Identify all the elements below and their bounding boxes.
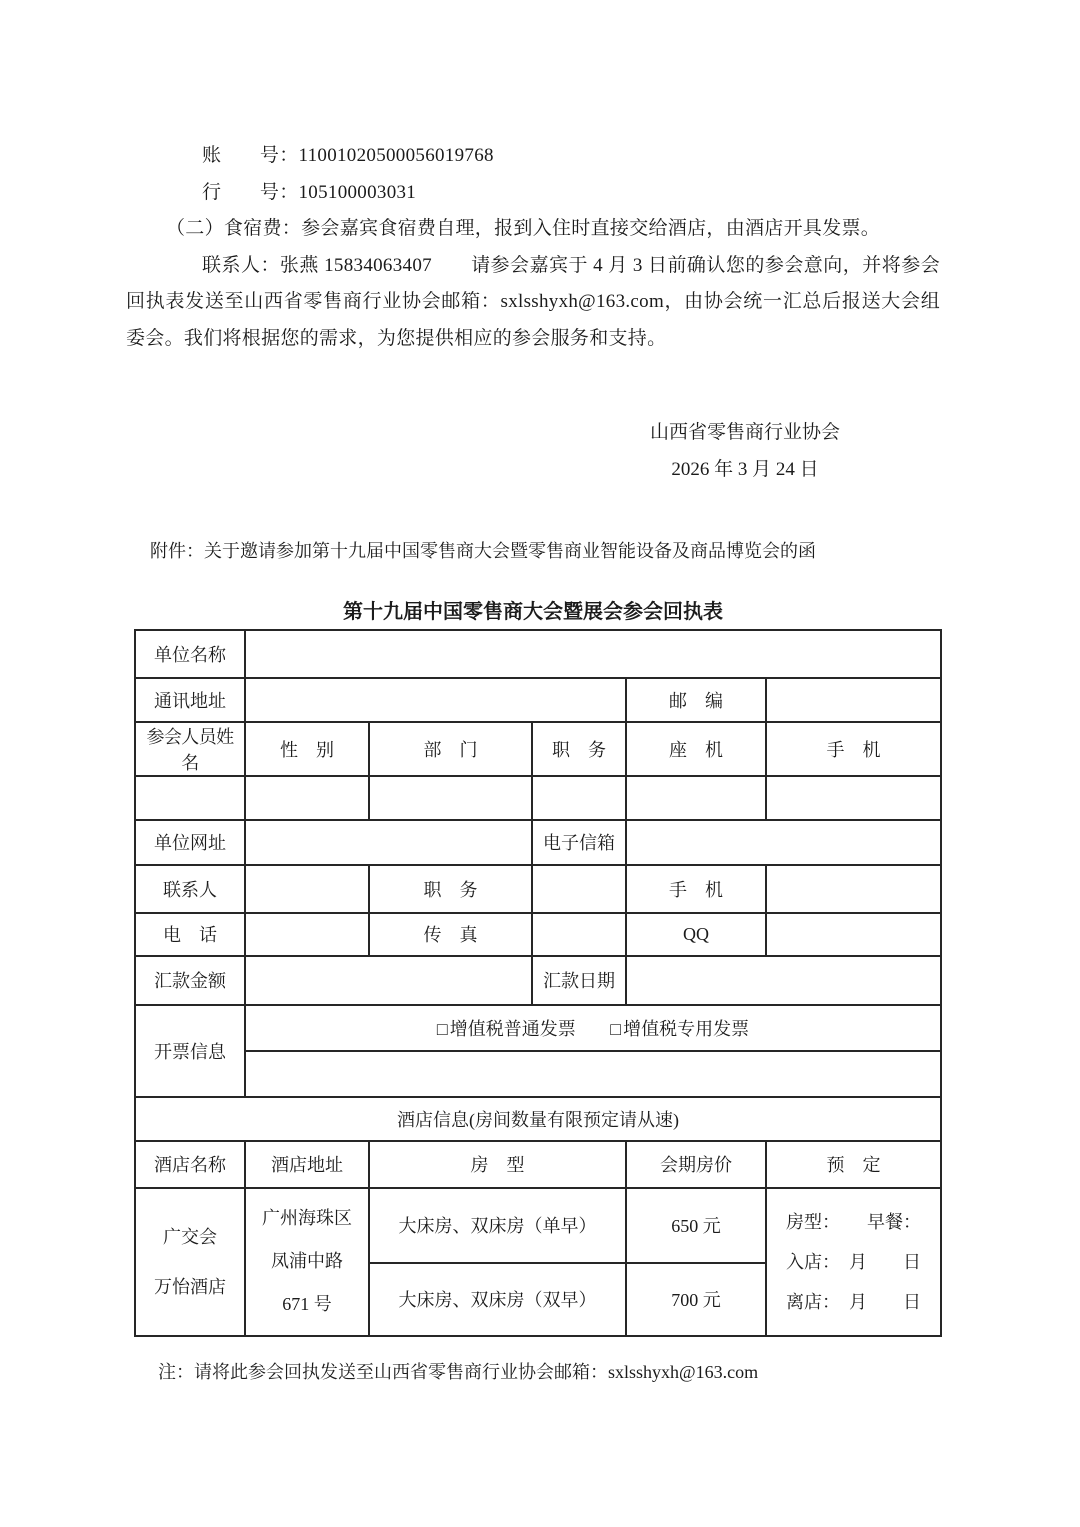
- room-price-value: 700 元: [626, 1263, 766, 1336]
- label-phone: 电 话: [135, 913, 245, 956]
- table-row: 广交会 万怡酒店 广州海珠区 凤浦中路 671 号 大床房、双床房（单早） 65…: [135, 1188, 941, 1263]
- table-row: 单位网址 电子信箱: [135, 820, 941, 865]
- label-attendee-name: 参会人员姓名: [135, 722, 245, 776]
- contact-paragraph: 联系人：张燕 15834063407 请参会嘉宾于 4 月 3 日前确认您的参会…: [126, 248, 940, 358]
- label-fax: 传 真: [369, 913, 532, 956]
- label-qq: QQ: [626, 913, 766, 956]
- room-type-value: 大床房、双床房（单早）: [369, 1188, 626, 1263]
- hotel-address-cell: 广州海珠区 凤浦中路 671 号: [245, 1188, 369, 1336]
- postcode-cell: [766, 678, 941, 722]
- label-company-name: 单位名称: [135, 630, 245, 678]
- room-type-value: 大床房、双床房（双早）: [369, 1263, 626, 1336]
- invoice-option-special-label: 增值税专用发票: [623, 1019, 749, 1039]
- label-conference-price: 会期房价: [626, 1141, 766, 1188]
- contact-person-cell: [245, 865, 369, 913]
- label-remit-date: 汇款日期: [532, 956, 626, 1005]
- checkbox-icon: □: [437, 1019, 448, 1039]
- invoice-options-cell: □增值税普通发票 □增值税专用发票: [245, 1005, 941, 1051]
- label-remit-amount: 汇款金额: [135, 956, 245, 1005]
- signature-org: 山西省零售商行业协会: [650, 414, 840, 451]
- label-contact-person: 联系人: [135, 865, 245, 913]
- hotel-name-line: 广交会: [138, 1212, 242, 1262]
- label-booking: 预 定: [766, 1141, 941, 1188]
- table-row: 酒店信息(房间数量有限预定请从速): [135, 1097, 941, 1141]
- document-page: 账 号：11001020500056019768 行 号：10510000303…: [0, 0, 1080, 1387]
- signature-date: 2026 年 3 月 24 日: [650, 451, 840, 488]
- label-room-type: 房 型: [369, 1141, 626, 1188]
- label-gender: 性 别: [245, 722, 369, 776]
- signature-block: 山西省零售商行业协会 2026 年 3 月 24 日: [650, 414, 840, 488]
- invoice-details-cell: [245, 1051, 941, 1097]
- label-invoice-info: 开票信息: [135, 1005, 245, 1097]
- fee-clause-line: （二）食宿费：参会嘉宾食宿费自理，报到入住时直接交给酒店，由酒店开具发票。: [126, 211, 940, 248]
- hotel-address-line: 广州海珠区: [248, 1197, 366, 1240]
- postal-address-cell: [245, 678, 626, 722]
- label-landline: 座 机: [626, 722, 766, 776]
- label-website: 单位网址: [135, 820, 245, 865]
- invoice-option-normal-label: 增值税普通发票: [450, 1019, 576, 1039]
- table-row: 开票信息 □增值税普通发票 □增值税专用发票: [135, 1005, 941, 1051]
- table-row: 通讯地址 邮 编: [135, 678, 941, 722]
- fax-cell: [532, 913, 626, 956]
- label-department: 部 门: [369, 722, 532, 776]
- table-row: 酒店名称 酒店地址 房 型 会期房价 预 定: [135, 1141, 941, 1188]
- attendee-name-cell: [135, 776, 245, 820]
- label-mobile: 手 机: [766, 722, 941, 776]
- position-cell: [532, 776, 626, 820]
- table-row: 汇款金额 汇款日期: [135, 956, 941, 1005]
- attachment-line: 附件：关于邀请参加第十九届中国零售商大会暨零售商业智能设备及商品博览会的函: [126, 536, 940, 566]
- checkbox-icon: □: [610, 1019, 621, 1039]
- hotel-name-line: 万怡酒店: [138, 1262, 242, 1312]
- table-row: 电 话 传 真 QQ: [135, 913, 941, 956]
- booking-line-checkout: 离店： 月 日: [769, 1282, 938, 1322]
- reply-form-table: 单位名称 通讯地址 邮 编 参会人员姓名 性 别 部 门 职 务 座 机 手 机: [134, 629, 942, 1337]
- label-email: 电子信箱: [532, 820, 626, 865]
- invoice-option-normal: □增值税普通发票: [437, 1019, 576, 1039]
- form-title: 第十九届中国零售商大会暨展会参会回执表: [126, 598, 940, 626]
- label-hotel-name: 酒店名称: [135, 1141, 245, 1188]
- phone-cell: [245, 913, 369, 956]
- bank-number-line: 行 号：105100003031: [126, 175, 940, 212]
- table-row: 联系人 职 务 手 机: [135, 865, 941, 913]
- contact-mobile-cell: [766, 865, 941, 913]
- footer-note: 注：请将此参会回执发送至山西省零售商行业协会邮箱：sxlsshyxh@163.c…: [126, 1357, 940, 1387]
- hotel-section-title: 酒店信息(房间数量有限预定请从速): [135, 1097, 941, 1141]
- booking-line-roomtype-breakfast: 房型： 早餐：: [769, 1202, 938, 1242]
- table-row: 单位名称: [135, 630, 941, 678]
- remit-amount-cell: [245, 956, 532, 1005]
- account-number-line: 账 号：11001020500056019768: [126, 138, 940, 175]
- gender-cell: [245, 776, 369, 820]
- room-price-value: 650 元: [626, 1188, 766, 1263]
- label-postal-address: 通讯地址: [135, 678, 245, 722]
- label-postcode: 邮 编: [626, 678, 766, 722]
- invoice-option-special: □增值税专用发票: [610, 1019, 749, 1039]
- company-name-cell: [245, 630, 941, 678]
- table-row: [135, 1051, 941, 1097]
- qq-cell: [766, 913, 941, 956]
- remit-date-cell: [626, 956, 941, 1005]
- label-contact-mobile: 手 机: [626, 865, 766, 913]
- booking-line-checkin: 入店： 月 日: [769, 1242, 938, 1282]
- mobile-cell: [766, 776, 941, 820]
- label-position: 职 务: [532, 722, 626, 776]
- hotel-name-cell: 广交会 万怡酒店: [135, 1188, 245, 1336]
- department-cell: [369, 776, 532, 820]
- label-hotel-address: 酒店地址: [245, 1141, 369, 1188]
- email-cell: [626, 820, 941, 865]
- hotel-address-line: 凤浦中路: [248, 1240, 366, 1283]
- booking-cell: 房型： 早餐： 入店： 月 日 离店： 月 日: [766, 1188, 941, 1336]
- landline-cell: [626, 776, 766, 820]
- contact-position-cell: [532, 865, 626, 913]
- label-contact-position: 职 务: [369, 865, 532, 913]
- hotel-address-line: 671 号: [248, 1283, 366, 1326]
- table-row: [135, 776, 941, 820]
- table-row: 参会人员姓名 性 别 部 门 职 务 座 机 手 机: [135, 722, 941, 776]
- website-cell: [245, 820, 532, 865]
